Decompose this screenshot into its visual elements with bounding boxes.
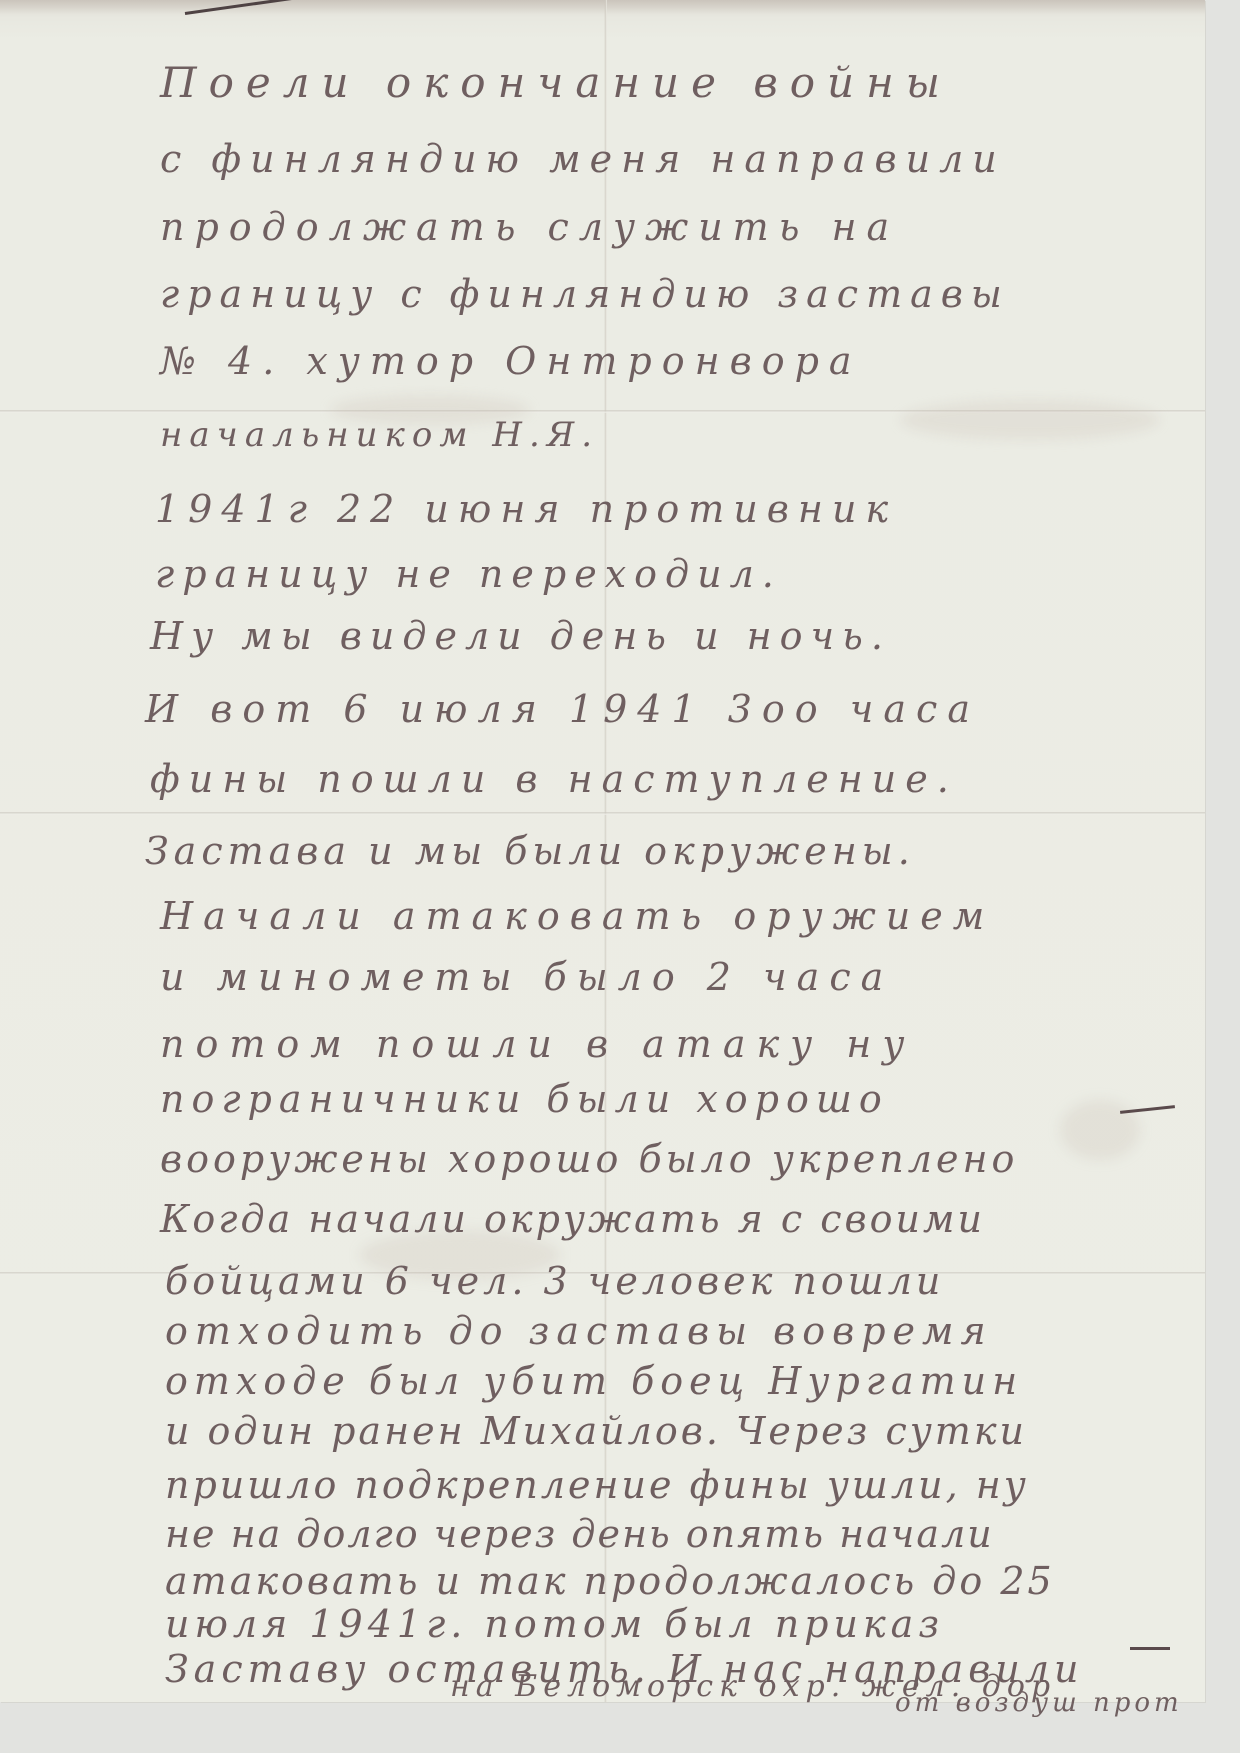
letter-line: и минометы было 2 часа xyxy=(160,958,893,996)
letter-line: атаковать и так продолжалось до 25 xyxy=(165,1562,1055,1600)
letter-line: начальником Н.Я. xyxy=(160,418,599,452)
letter-line: И вот 6 июля 1941 3оо часа xyxy=(145,690,980,728)
letter-line: и один ранен Михайлов. Через сутки xyxy=(165,1412,1027,1450)
letter-line: границу не переходил. xyxy=(155,555,782,593)
letter-line: вооружены хорошо было укреплено xyxy=(160,1140,1018,1178)
letter-line: фины пошли в наступление. xyxy=(150,760,958,798)
letter-line: бойцами 6 чел. 3 человек пошли xyxy=(165,1262,944,1300)
letter-line: продолжать служить на xyxy=(160,208,899,246)
letter-line: отходе был убит боец Нургатин xyxy=(165,1362,1023,1400)
paper-stain xyxy=(900,400,1160,440)
horizontal-fold-line xyxy=(0,812,1205,815)
pen-dash-mark xyxy=(1130,1647,1170,1650)
paper-top-shadow xyxy=(0,0,1205,14)
letter-line: Начали атаковать оружием xyxy=(160,897,994,935)
letter-line: Ну мы видели день и ночь. xyxy=(150,617,891,655)
letter-page: Поели окончание войны с финляндию меня н… xyxy=(0,0,1205,1702)
letter-line: от воздуш прот xyxy=(895,1690,1183,1716)
letter-line: не на долго через день опять начали xyxy=(165,1515,994,1553)
letter-line: июля 1941г. потом был приказ xyxy=(165,1605,944,1643)
pen-dash-mark xyxy=(1120,1105,1175,1114)
letter-line: с финляндию меня направили xyxy=(160,140,1006,178)
letter-line: № 4. хутор Онтронвора xyxy=(160,342,862,380)
letter-line: Застава и мы были окружены. xyxy=(145,832,915,870)
letter-line: отходить до заставы вовремя xyxy=(165,1312,993,1350)
letter-line: пограничники были хорошо xyxy=(160,1080,889,1118)
letter-line: границу с финляндию заставы xyxy=(160,275,1010,313)
letter-line: 1941г 22 июня противник xyxy=(155,490,897,528)
letter-line: потом пошли в атаку ну xyxy=(160,1025,915,1063)
letter-line: Когда начали окружать я с своими xyxy=(160,1200,985,1238)
letter-line: пришло подкрепление фины ушли, ну xyxy=(165,1466,1029,1504)
letter-line: Поели окончание войны xyxy=(160,62,952,104)
